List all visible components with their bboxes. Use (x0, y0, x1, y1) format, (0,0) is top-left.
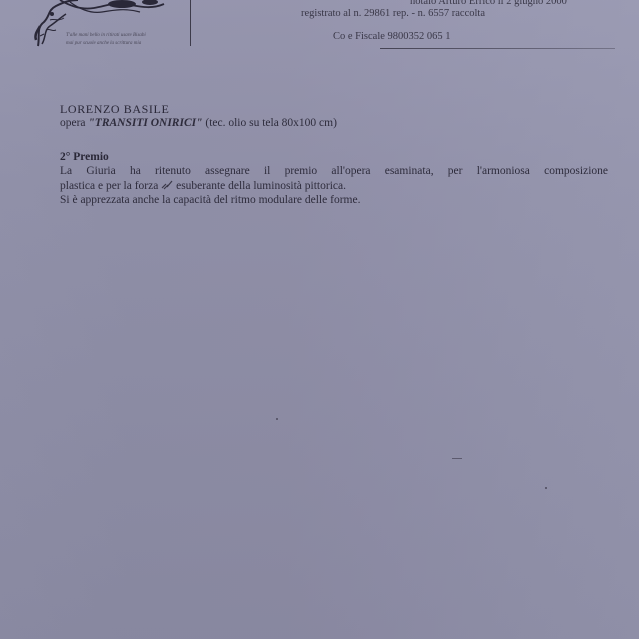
header-underline (380, 48, 615, 49)
work-details: (tec. olio su tela 80x100 cm) (205, 117, 337, 129)
header-divider (190, 0, 191, 46)
stray-ink-mark (452, 458, 462, 459)
logo-caption-line2: mai pur scuole anche la scrittura mia (66, 40, 176, 48)
motivation-line2-start: plastica e per la forza (60, 180, 158, 192)
logo-caption: T'alle mani bello in ritirati usare Bisa… (66, 32, 176, 48)
registration-line: registrato al n. 29861 rep. - n. 6557 ra… (301, 8, 485, 19)
paper-shading (0, 0, 639, 639)
motivation-line3: Si è apprezzata anche la capacità del ri… (60, 193, 608, 208)
motivation-line2-end: esuberante della luminosità pittorica. (176, 180, 346, 192)
logo-caption-line1: T'alle mani bello in ritirati usare Bisa… (66, 32, 176, 40)
tax-code-line: Co e Fiscale 9800352 065 1 (333, 31, 451, 42)
letterhead: T'alle mani bello in ritirati usare Bisa… (0, 0, 639, 60)
award-section: LORENZO BASILE opera "TRANSITI ONIRICI" … (60, 102, 608, 208)
stray-ink-dot (276, 418, 278, 420)
stray-ink-dot (545, 487, 547, 489)
work-line: opera "TRANSITI ONIRICI" (tec. olio su t… (60, 116, 608, 130)
prize-heading: 2° Premio (60, 150, 608, 164)
ink-correction-mark-icon (161, 180, 173, 190)
work-prefix: opera (60, 117, 86, 129)
motivation-line2: plastica e per la forza esuberante della… (60, 179, 608, 194)
notary-line: notaio Arturo Errico il 2 giugno 2000 (410, 0, 567, 7)
motivation-line1: La Giuria ha ritenuto assegnare il premi… (60, 164, 608, 179)
work-title: "TRANSITI ONIRICI" (88, 117, 202, 129)
artist-name: LORENZO BASILE (60, 102, 608, 116)
jury-motivation: La Giuria ha ritenuto assegnare il premi… (60, 164, 608, 208)
